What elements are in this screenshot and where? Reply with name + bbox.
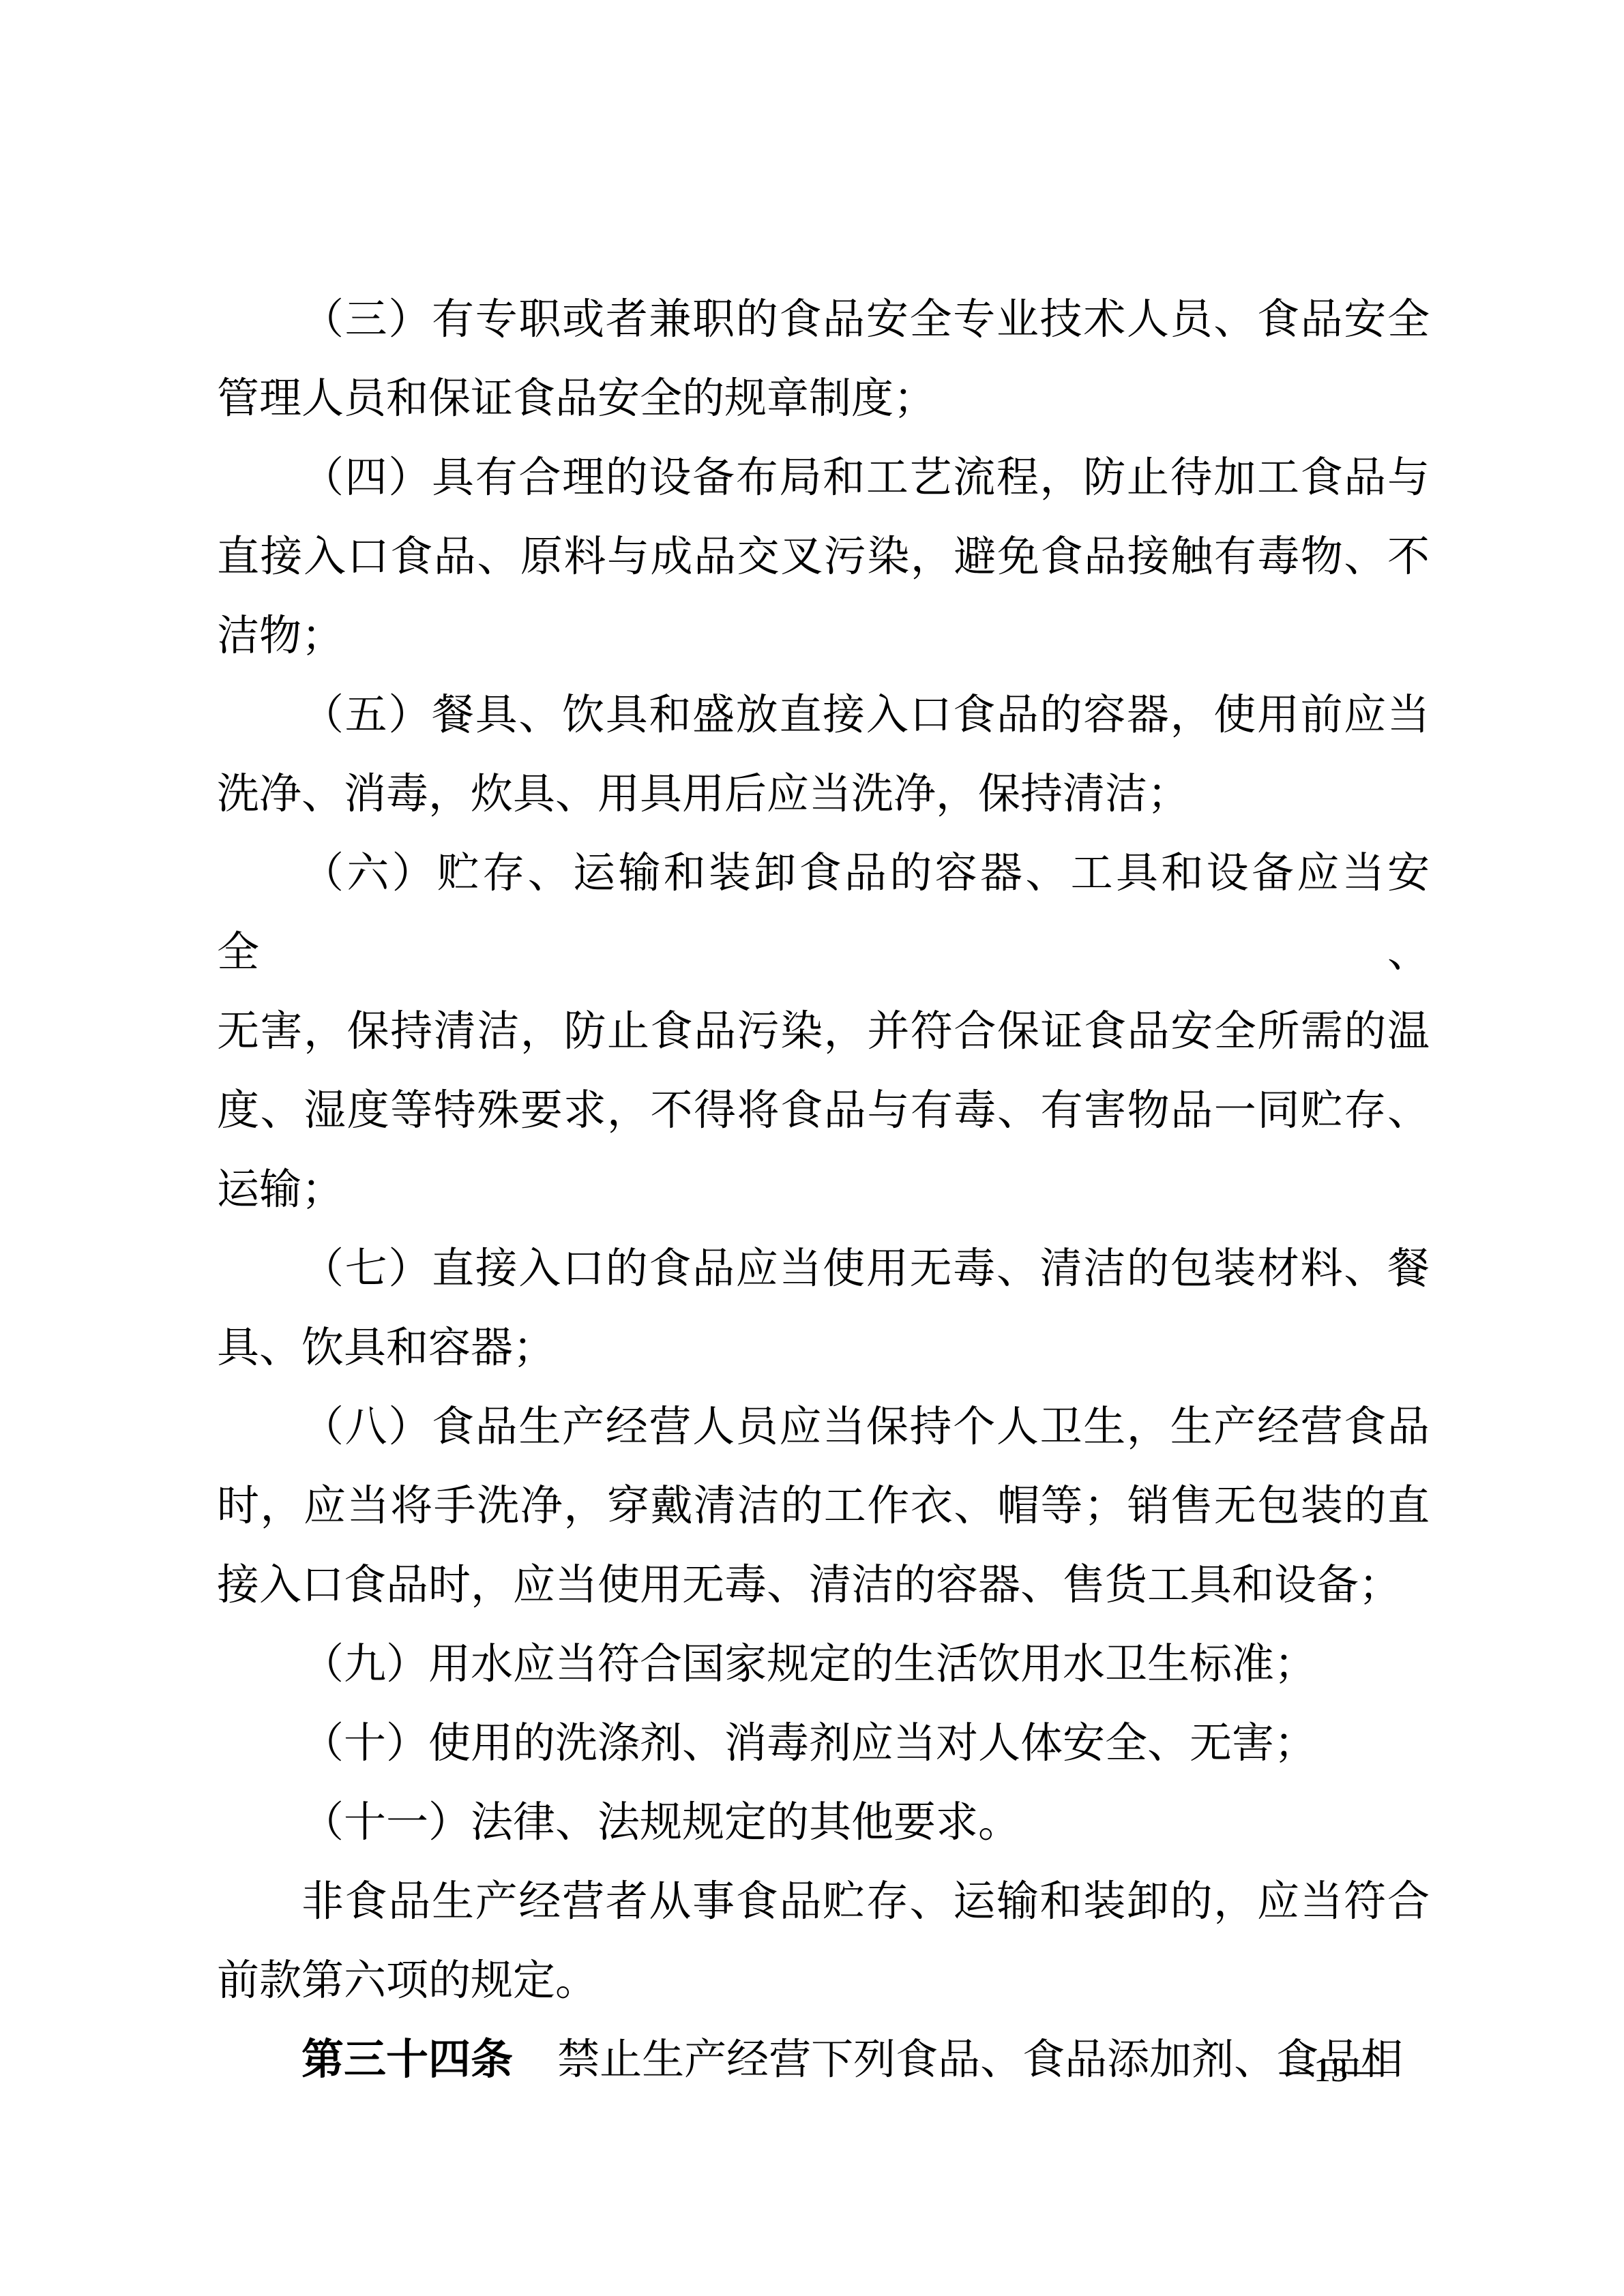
- text-line: （八）食品生产经营人员应当保持个人卫生，生产经营食品: [217, 1388, 1430, 1467]
- text-line: 管理人员和保证食品安全的规章制度；: [217, 359, 1430, 438]
- paragraph: 非食品生产经营者从事食品贮存、运输和装卸的，应当符合前款第六项的规定。: [217, 1862, 1430, 2021]
- text-line: 接入口食品时，应当使用无毒、清洁的容器、售货工具和设备；: [217, 1546, 1430, 1625]
- article-number-term: 第三十四条: [301, 2037, 513, 2083]
- paragraph: （三）有专职或者兼职的食品安全专业技术人员、食品安全管理人员和保证食品安全的规章…: [217, 280, 1430, 438]
- paragraph: （八）食品生产经营人员应当保持个人卫生，生产经营食品时，应当将手洗净，穿戴清洁的…: [217, 1388, 1430, 1625]
- text-line: （五）餐具、饮具和盛放直接入口食品的容器，使用前应当: [217, 676, 1430, 755]
- paragraph: （七）直接入口的食品应当使用无毒、清洁的包装材料、餐具、饮具和容器；: [217, 1229, 1430, 1388]
- text-line: （十）使用的洗涤剂、消毒剂应当对人体安全、无害；: [217, 1704, 1430, 1783]
- text-line: 洁物；: [217, 597, 1430, 676]
- text-line: 洗净、消毒，炊具、用具用后应当洗净，保持清洁；: [217, 755, 1430, 834]
- paragraph: （六）贮存、运输和装卸食品的容器、工具和设备应当安全、无害，保持清洁，防止食品污…: [217, 834, 1430, 1229]
- text-line: （四）具有合理的设备布局和工艺流程，防止待加工食品与: [217, 438, 1430, 518]
- text-line: 非食品生产经营者从事食品贮存、运输和装卸的，应当符合: [217, 1862, 1430, 1941]
- paragraph: （十一）法律、法规规定的其他要求。: [217, 1783, 1430, 1862]
- text-line: 前款第六项的规定。: [217, 1941, 1430, 2021]
- text-line: 具、饮具和容器；: [217, 1309, 1430, 1388]
- legal-text-block: （三）有专职或者兼职的食品安全专业技术人员、食品安全管理人员和保证食品安全的规章…: [217, 280, 1430, 2100]
- paragraph: 第三十四条禁止生产经营下列食品、食品添加剂、食品相: [217, 2021, 1430, 2100]
- text-line: 度、湿度等特殊要求，不得将食品与有毒、有害物品一同贮存、: [217, 1071, 1430, 1150]
- paragraph: （十）使用的洗涤剂、消毒剂应当对人体安全、无害；: [217, 1704, 1430, 1783]
- text-line: 第三十四条禁止生产经营下列食品、食品添加剂、食品相: [217, 2021, 1430, 2100]
- text-line: 无害，保持清洁，防止食品污染，并符合保证食品安全所需的温: [217, 992, 1430, 1071]
- text-line: （九）用水应当符合国家规定的生活饮用水卫生标准；: [217, 1625, 1430, 1704]
- text-line: （六）贮存、运输和装卸食品的容器、工具和设备应当安全、: [217, 834, 1430, 992]
- document-page: （三）有专职或者兼职的食品安全专业技术人员、食品安全管理人员和保证食品安全的规章…: [0, 0, 1624, 2296]
- text-line: 直接入口食品、原料与成品交叉污染，避免食品接触有毒物、不: [217, 518, 1430, 597]
- article-text: 禁止生产经营下列食品、食品添加剂、食品相: [557, 2037, 1403, 2083]
- text-line: （七）直接入口的食品应当使用无毒、清洁的包装材料、餐: [217, 1229, 1430, 1309]
- paragraph: （五）餐具、饮具和盛放直接入口食品的容器，使用前应当洗净、消毒，炊具、用具用后应…: [217, 676, 1430, 834]
- text-line: （十一）法律、法规规定的其他要求。: [217, 1783, 1430, 1862]
- paragraph: （四）具有合理的设备布局和工艺流程，防止待加工食品与直接入口食品、原料与成品交叉…: [217, 438, 1430, 676]
- page-number: —13—: [1280, 2053, 1382, 2087]
- paragraph: （九）用水应当符合国家规定的生活饮用水卫生标准；: [217, 1625, 1430, 1704]
- text-line: 时，应当将手洗净，穿戴清洁的工作衣、帽等；销售无包装的直: [217, 1467, 1430, 1546]
- text-line: （三）有专职或者兼职的食品安全专业技术人员、食品安全: [217, 280, 1430, 359]
- text-line: 运输；: [217, 1150, 1430, 1229]
